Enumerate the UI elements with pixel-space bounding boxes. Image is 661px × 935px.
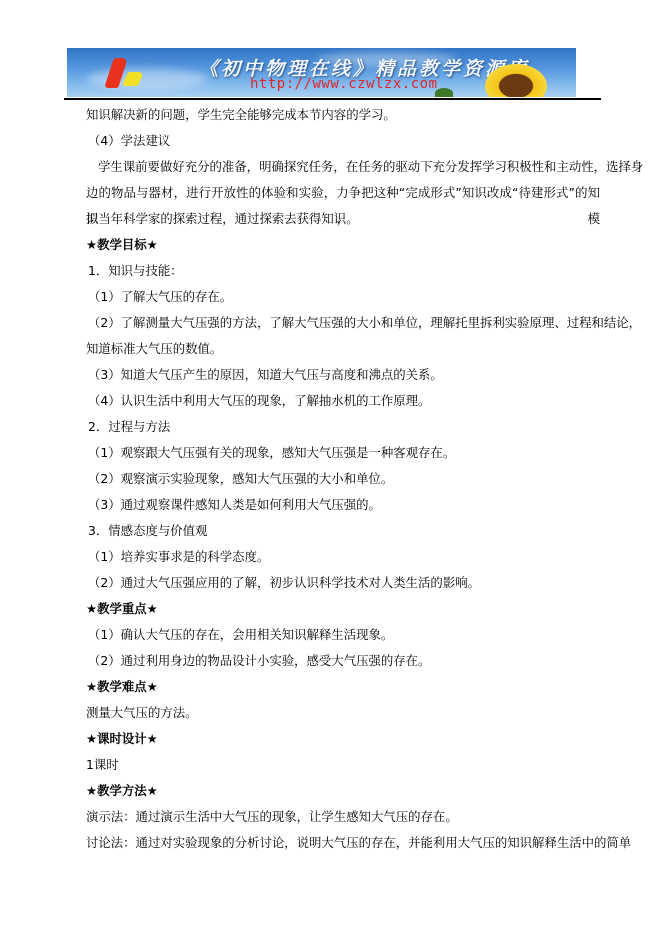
paragraph-line: 知识解决新的问题，学生完全能够完成本节内容的学习。	[86, 102, 600, 128]
section-heading: ★教学方法★	[86, 778, 600, 804]
document-body: 知识解决新的问题，学生完全能够完成本节内容的学习。 （4）学法建议 学生课前要做…	[86, 102, 600, 856]
list-item: （1）观察跟大气压强有关的现象，感知大气压强是一种客观存在。	[86, 440, 600, 466]
list-heading: 3．情感态度与价值观	[86, 518, 600, 544]
leaf-icon	[435, 88, 453, 97]
list-item: （2）了解测量大气压强的方法，了解大气压强的大小和单位，理解托里拆利实验原理、过…	[86, 310, 600, 336]
list-item: （1）确认大气压的存在，会用相关知识解释生活现象。	[86, 622, 600, 648]
list-item: （2）通过利用身边的物品设计小实验，感受大气压强的存在。	[86, 648, 600, 674]
list-item: （1）了解大气压的存在。	[86, 284, 600, 310]
list-item: （2）通过大气压强应用的了解，初步认识科学技术对人类生活的影响。	[86, 570, 600, 596]
list-item: （2）观察演示实验现象，感知大气压强的大小和单位。	[86, 466, 600, 492]
list-item: （3）通过观察课件感知人类是如何利用大气压强的。	[86, 492, 600, 518]
section-heading: ★教学目标★	[86, 232, 600, 258]
list-heading: 1．知识与技能：	[86, 258, 600, 284]
paragraph-line: 讨论法：通过对实验现象的分析讨论，说明大气压的存在，并能利用大气压的知识解释生活…	[86, 830, 600, 856]
sunflower-icon	[485, 64, 547, 97]
paragraph-line: 测量大气压的方法。	[86, 700, 600, 726]
paragraph-line: 学生课前要做好充分的准备，明确探究任务，在任务的驱动下充分发挥学习积极性和主动性…	[86, 154, 600, 180]
section-subheading: （4）学法建议	[86, 128, 600, 154]
header-divider	[64, 98, 601, 100]
list-item-continuation: 知道标准大气压的数值。	[86, 336, 600, 362]
paragraph-line: 1课时	[86, 752, 600, 778]
section-heading: ★教学重点★	[86, 596, 600, 622]
section-heading: ★教学难点★	[86, 674, 600, 700]
paragraph-line: 边的物品与器材，进行开放性的体验和实验，力争把这种“完成形式”知识改成“待建形式…	[86, 180, 600, 206]
banner-url: http://www.czwlzx.com	[250, 76, 438, 92]
list-heading: 2．过程与方法	[86, 414, 600, 440]
list-item: （3）知道大气压产生的原因，知道大气压与高度和沸点的关系。	[86, 362, 600, 388]
paragraph-line: 演示法：通过演示生活中大气压的现象，让学生感知大气压的存在。	[86, 804, 600, 830]
site-banner: 《初中物理在线》精品教学资源库 http://www.czwlzx.com	[67, 48, 576, 97]
list-item: （1）培养实事求是的科学态度。	[86, 544, 600, 570]
section-heading: ★课时设计★	[86, 726, 600, 752]
list-item: （4）认识生活中利用大气压的现象，了解抽水机的工作原理。	[86, 388, 600, 414]
